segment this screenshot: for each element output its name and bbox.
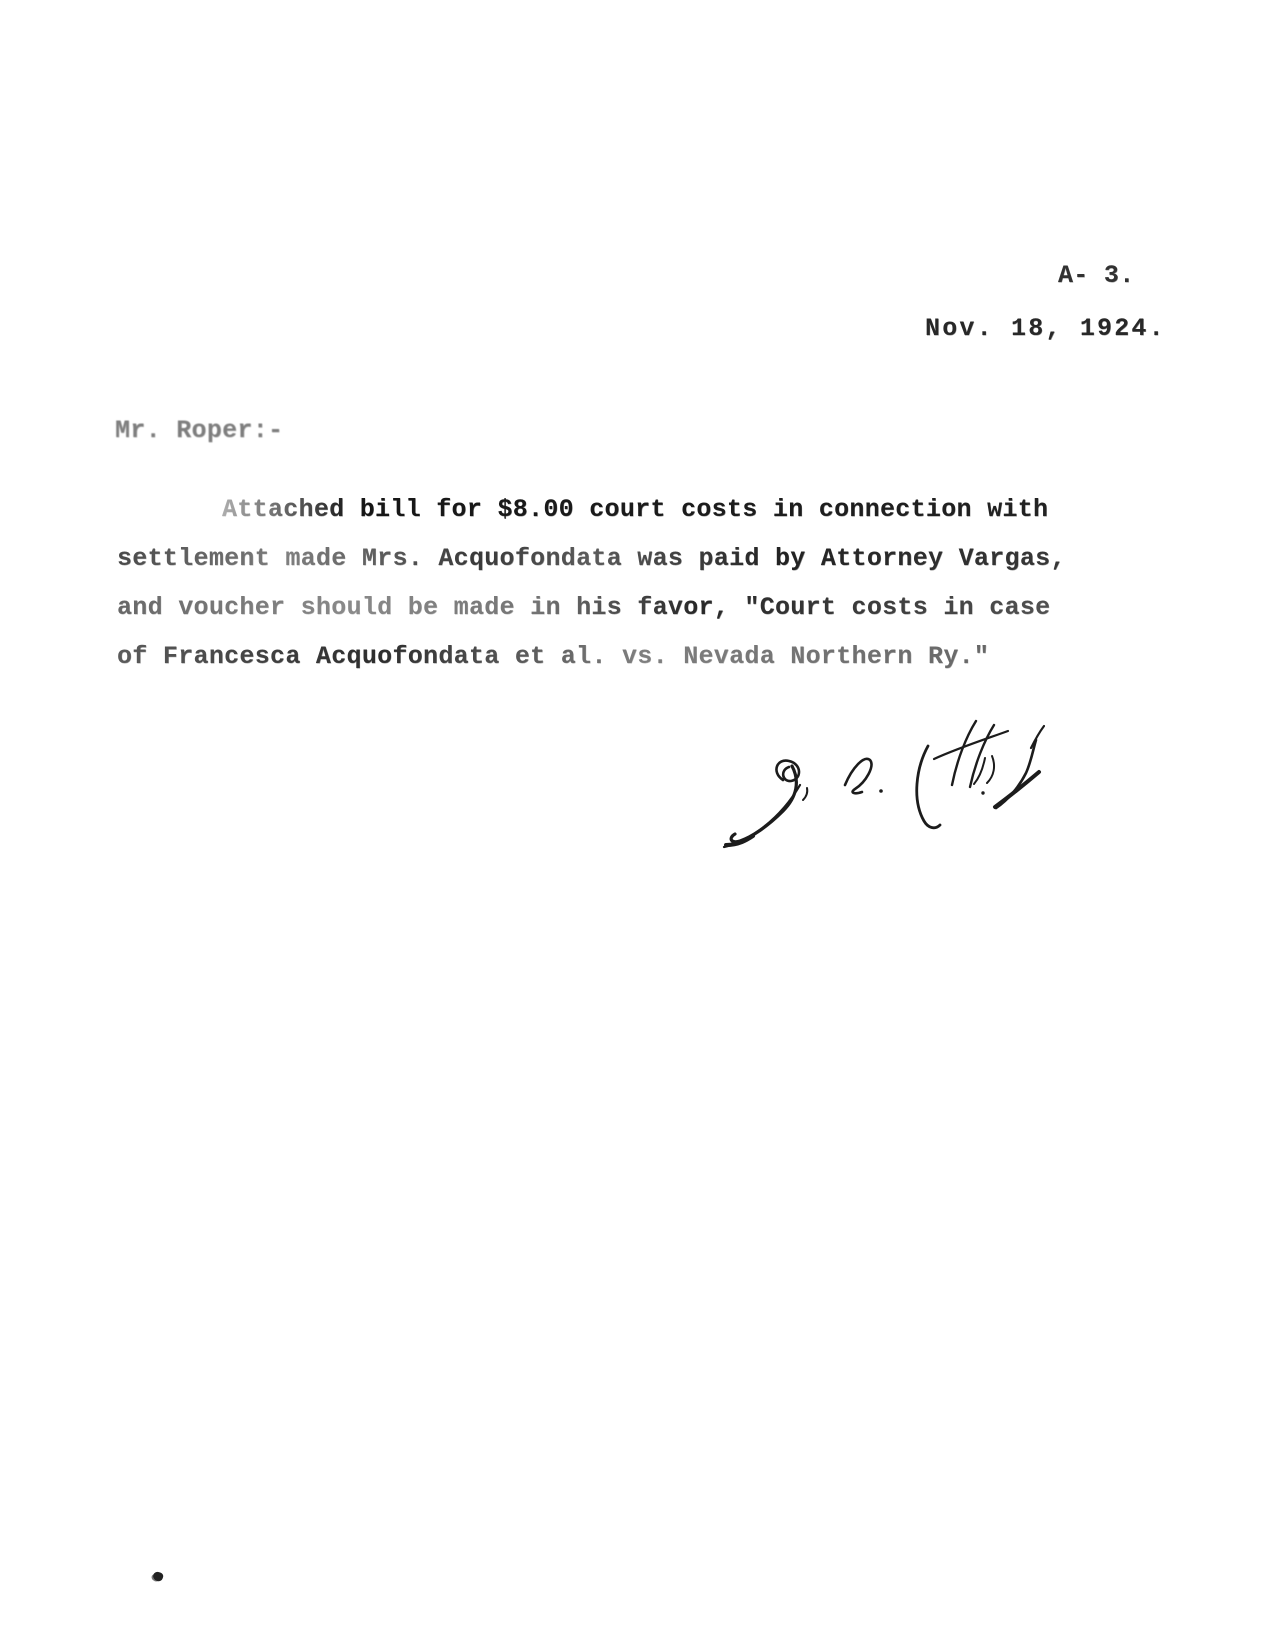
handwritten-signature (695, 688, 1045, 858)
scanned-memo-page: A- 3. Nov. 18, 1924. Mr. Roper:- Attache… (0, 0, 1276, 1650)
body-line: and voucher should be made in his favor,… (117, 594, 1050, 622)
ink-speck (152, 1571, 164, 1583)
body-line: settlement made Mrs. Acquofondata was pa… (117, 545, 1066, 573)
reference-number: A- 3. (1058, 262, 1135, 290)
salutation: Mr. Roper:- (115, 417, 283, 445)
date-line: Nov. 18, 1924. (925, 315, 1166, 343)
body-line: Attached bill for $8.00 court costs in c… (222, 496, 1048, 524)
body-line: of Francesca Acquofondata et al. vs. Nev… (117, 643, 989, 671)
